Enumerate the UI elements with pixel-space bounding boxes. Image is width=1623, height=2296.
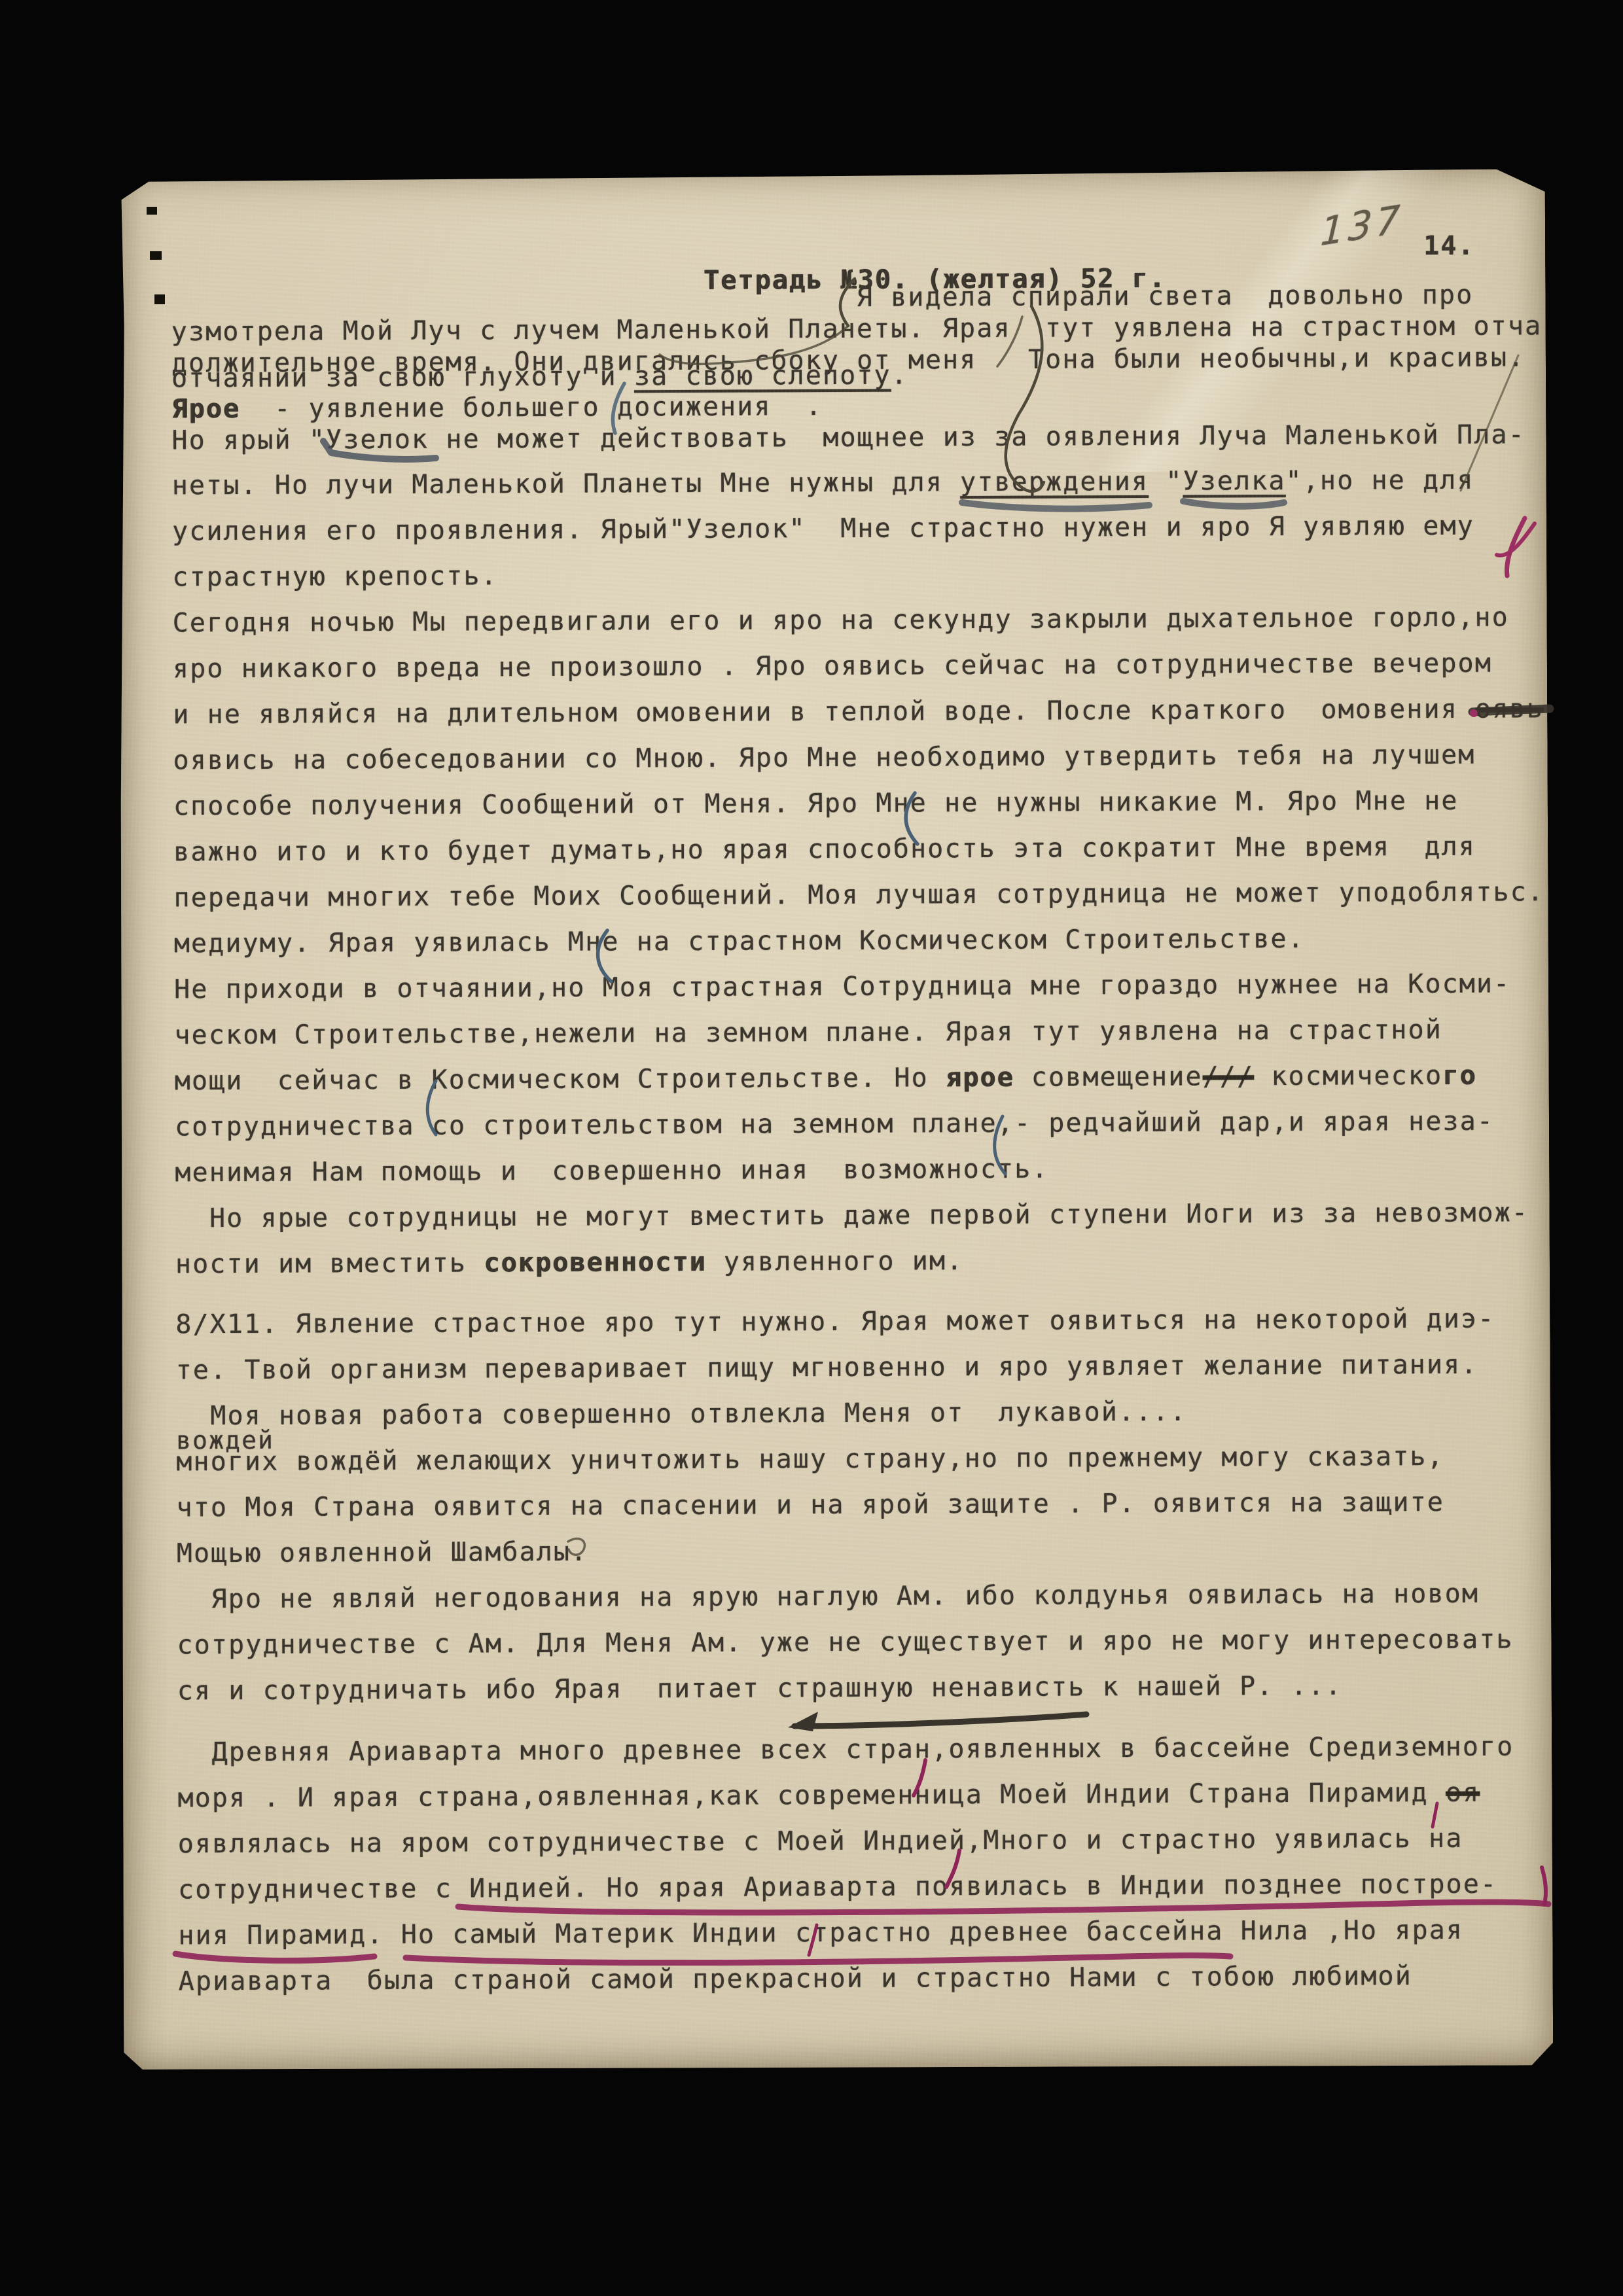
- text-line: что Моя Страна оявится на спасении и на …: [176, 1479, 1524, 1530]
- handwritten-page-number: 137: [1320, 202, 1404, 249]
- notebook-title: Тетрадь №30. (желтая) 52 г.: [704, 264, 1166, 296]
- text-line: передачи многих тебе Моих Сообщений. Моя…: [173, 869, 1522, 921]
- text-line: страстную крепость.: [172, 548, 1520, 600]
- text-line: ния Пирамид. Но самый Материк Индии стра…: [178, 1907, 1526, 1958]
- text-line: неты. Но лучи Маленькой Планеты Мне нужн…: [172, 457, 1520, 508]
- text-line: ся и сотрудничать ибо Ярая питает страшн…: [177, 1662, 1525, 1714]
- text-line: оявись на собеседовании со Мною. Яро Мне…: [173, 732, 1521, 783]
- text-line: Но ярый "Узелок не может действовать мощ…: [171, 419, 1520, 456]
- text-line: менимая Нам помощь и совершенно иная воз…: [175, 1144, 1523, 1195]
- typed-page-number: 14.: [1423, 230, 1475, 262]
- text-line: мощи сейчас в Космическом Строительстве.…: [175, 1052, 1523, 1104]
- text-line: сотрудничестве с Индией. Но ярая Ариавар…: [178, 1861, 1526, 1913]
- manuscript-page: Тетрадь №30. (желтая) 52 г. 137 14. Я ви…: [116, 169, 1554, 2072]
- text-line: Но ярые сотрудницы не могут вместить даж…: [175, 1190, 1523, 1241]
- text-line: Яро не являй негодования на ярую наглую …: [177, 1570, 1525, 1622]
- text-line: Не приходи в отчаянии,но Моя страстная С…: [174, 961, 1522, 1012]
- text-line: Древняя Ариаварта много древнее всех стр…: [177, 1723, 1525, 1775]
- text-line: отчаянии за свою глухоту и за свою слепо…: [171, 357, 1520, 408]
- text-line: 8/Х11. Явление страстное яро тут нужно. …: [175, 1296, 1524, 1347]
- text-line: Ариаварта была страной самой прекрасной …: [179, 1952, 1527, 2004]
- text-line: важно ито и кто будет думать,но ярая спо…: [173, 823, 1522, 875]
- text-line: и не являйся на длительном омовении в те…: [173, 686, 1521, 737]
- text-line: сотрудничестве с Ам. Для Меня Ам. уже не…: [177, 1616, 1525, 1668]
- text-line: усиления его проявления. Ярый"Узелок" Мн…: [172, 503, 1520, 554]
- text-line: моря . И ярая страна,оявленная,как совре…: [177, 1769, 1525, 1821]
- page-content: Тетрадь №30. (желтая) 52 г. 137 14. Я ви…: [116, 169, 1553, 2005]
- text-line: медиуму. Ярая уявилась Мне на страстном …: [174, 915, 1522, 966]
- text-line: сотрудничества со строительством на земн…: [175, 1098, 1523, 1150]
- text-line: способе получения Сообщений от Меня. Яро…: [173, 777, 1522, 829]
- text-line: оявлялась на яром сотрудничестве с Моей …: [178, 1815, 1526, 1867]
- text-line: многих вождёй желающих уничтожить нашу с…: [176, 1433, 1524, 1485]
- typewriter-lines: Я видела спирали света довольно проузмот…: [171, 279, 1526, 2004]
- page-header: Тетрадь №30. (желтая) 52 г. 137 14.: [171, 228, 1519, 266]
- text-line: Мощью оявленной Шамбалы.: [177, 1525, 1525, 1576]
- text-line: яро никакого вреда не произошло . Яро оя…: [173, 640, 1521, 692]
- text-line: Моя новая работа совершенно отвлекла Мен…: [176, 1387, 1524, 1439]
- text-line: те. Твой организм переваривает пищу мгно…: [176, 1341, 1524, 1393]
- text-line: ческом Строительстве,нежели на земном пл…: [174, 1006, 1522, 1058]
- text-line: ности им вместить сокровенности уявленно…: [175, 1235, 1524, 1287]
- text-line: Сегодня ночью Мы передвигали его и яро н…: [173, 594, 1521, 646]
